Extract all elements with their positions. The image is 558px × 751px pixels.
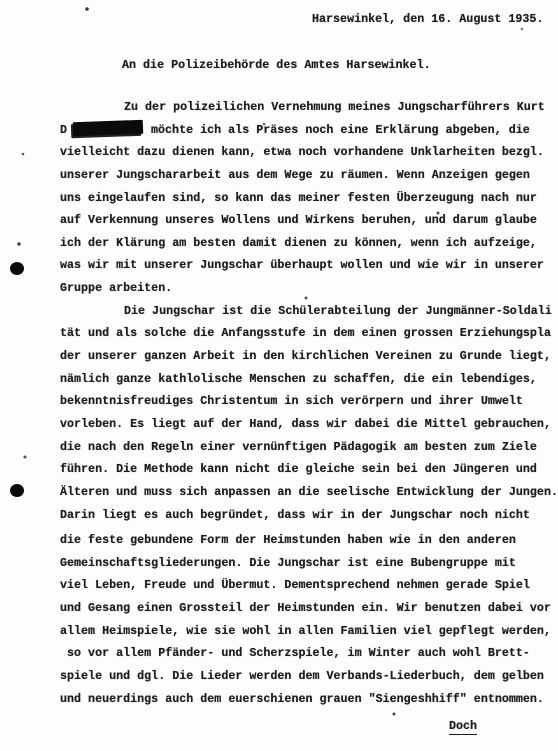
text-line: Gemeinschaftsgliederungen. Die Jungschar… — [60, 552, 554, 575]
text-line: allem Heimspiele, wie sie wohl in allen … — [60, 620, 554, 643]
text-line: so vor allem Pfänder- und Scherzspiele, … — [60, 642, 554, 665]
text-line: Dmöchte ich als Präses noch eine Erkläru… — [60, 119, 554, 142]
text-line: Die Jungschar ist die Schülerabteilung d… — [60, 300, 554, 323]
text-line: und neuerdings auch dem euerschienen gra… — [60, 688, 554, 711]
scanned-letter-page: Harsewinkel, den 16. August 1935. An die… — [0, 0, 558, 751]
text-line: auf Verkennung unseres Wollens und Wirke… — [60, 209, 554, 232]
hole-punch-top — [10, 262, 24, 275]
text-line: führen. Die Methode kann nicht die gleic… — [60, 458, 554, 481]
text-line: vorleben. Es liegt auf der Hand, dass wi… — [60, 413, 554, 436]
catchword: Doch — [449, 719, 477, 735]
text-line: vielleicht dazu dienen kann, etwa noch v… — [60, 141, 554, 164]
text-line: uns eingelaufen sind, so kann das meiner… — [60, 187, 554, 210]
text-line: Älteren und muss sich anpassen an die se… — [60, 481, 554, 504]
letter-body: Zu der polizeilichen Vernehmung meines J… — [60, 96, 554, 710]
text-line: Darin liegt es auch begründet, dass wir … — [60, 504, 554, 527]
text-line: die nach den Regeln einer vernünftigen P… — [60, 436, 554, 459]
text-line: nämlich ganze kathlolische Menschen zu s… — [60, 368, 554, 391]
recipient-line: An die Polizeibehörde des Amtes Harsewin… — [122, 58, 431, 72]
scan-specks — [0, 0, 2, 2]
hole-punch-bottom — [10, 484, 24, 497]
text-line: viel Leben, Freude und Übermut. Dementsp… — [60, 574, 554, 597]
redaction-box — [73, 119, 143, 135]
redaction-prefix: D — [60, 123, 67, 137]
text-line: ich der Klärung am besten damit dienen z… — [60, 232, 554, 255]
text-line: Gruppe arbeiten. — [60, 277, 554, 300]
text-line: Zu der polizeilichen Vernehmung meines J… — [60, 96, 554, 119]
redaction-suffix: möchte ich als Präses noch eine Erklärun… — [151, 123, 530, 137]
date-line: Harsewinkel, den 16. August 1935. — [312, 12, 543, 26]
text-line: spiele und dgl. Die Lieder werden dem Ve… — [60, 665, 554, 688]
text-line: unserer Jungschararbeit aus dem Wege zu … — [60, 164, 554, 187]
text-line: was wir mit unserer Jungschar überhaupt … — [60, 254, 554, 277]
text-line: und Gesang einen Grossteil der Heimstund… — [60, 597, 554, 620]
text-line: tät und als solche die Anfangsstufe in d… — [60, 322, 554, 345]
text-line: der unserer ganzen Arbeit in den kirchli… — [60, 345, 554, 368]
text-line: die feste gebundene Form der Heimstunden… — [60, 529, 554, 552]
text-line: bekenntnisfreudiges Christentum in sich … — [60, 390, 554, 413]
